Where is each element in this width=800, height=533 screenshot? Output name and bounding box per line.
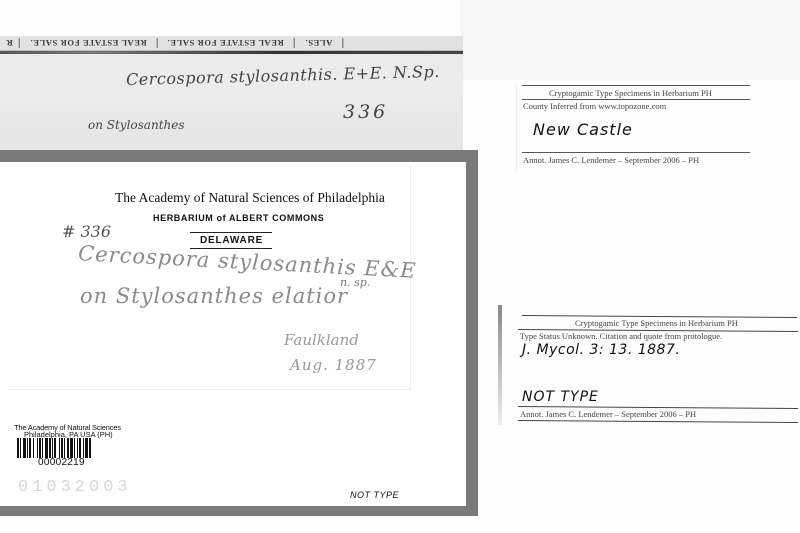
barcode-icon <box>17 438 109 458</box>
stamp-number: 01032003 <box>18 478 132 497</box>
collection-locality: Faulkland <box>284 331 359 349</box>
annotation-note: County Inferred from www.topozone.com <box>523 101 666 111</box>
annotation-heading: Cryptogamic Type Specimens in Herbarium … <box>575 318 738 328</box>
newspaper-strip: R REAL ESTATE FOR SALE. REAL ESTATE FOR … <box>0 36 463 51</box>
protologue-citation: J. Mycol. 3: 13. 1887. <box>522 342 680 358</box>
collection-date: Aug. 1887 <box>290 356 377 374</box>
specimen-number: # 336 <box>62 222 111 241</box>
newspaper-rule <box>0 51 463 54</box>
institution-title: The Academy of Natural Sciences of Phila… <box>115 190 385 206</box>
type-status: NOT TYPE <box>522 389 599 405</box>
barcode-number: 00002219 <box>38 457 85 468</box>
divider <box>522 152 750 153</box>
packet-host: on Stylosanthes <box>88 118 185 132</box>
annotation-heading: Cryptogamic Type Specimens in Herbarium … <box>549 88 712 98</box>
state-name: DELAWARE <box>200 235 263 246</box>
packet-number: 336 <box>343 101 388 123</box>
newspaper-text: REAL ESTATE FOR SALE. <box>157 38 295 48</box>
annotator: Annot. James C. Lendemer – September 200… <box>523 155 699 165</box>
authority-note: n. sp. <box>340 276 370 289</box>
not-type-note: NOT TYPE <box>350 490 399 500</box>
divider <box>522 85 750 86</box>
newspaper-text: ALES. <box>295 38 343 48</box>
newspaper-text: R <box>0 38 20 48</box>
newspaper-text: REAL ESTATE FOR SALE. <box>20 38 158 48</box>
host-name: on Stylosanthes elatior <box>80 284 348 308</box>
background-sheet <box>460 0 800 80</box>
annotation-note: Type Status Unknown. Citation and quote … <box>520 331 722 341</box>
label-edge <box>498 305 502 425</box>
divider <box>518 420 798 423</box>
herbarium-title: HERBARIUM of ALBERT COMMONS <box>153 213 324 223</box>
county-name: New Castle <box>533 120 633 139</box>
divider <box>190 232 272 233</box>
annotator: Annot. James C. Lendemer – September 200… <box>520 409 696 419</box>
divider <box>522 99 750 100</box>
